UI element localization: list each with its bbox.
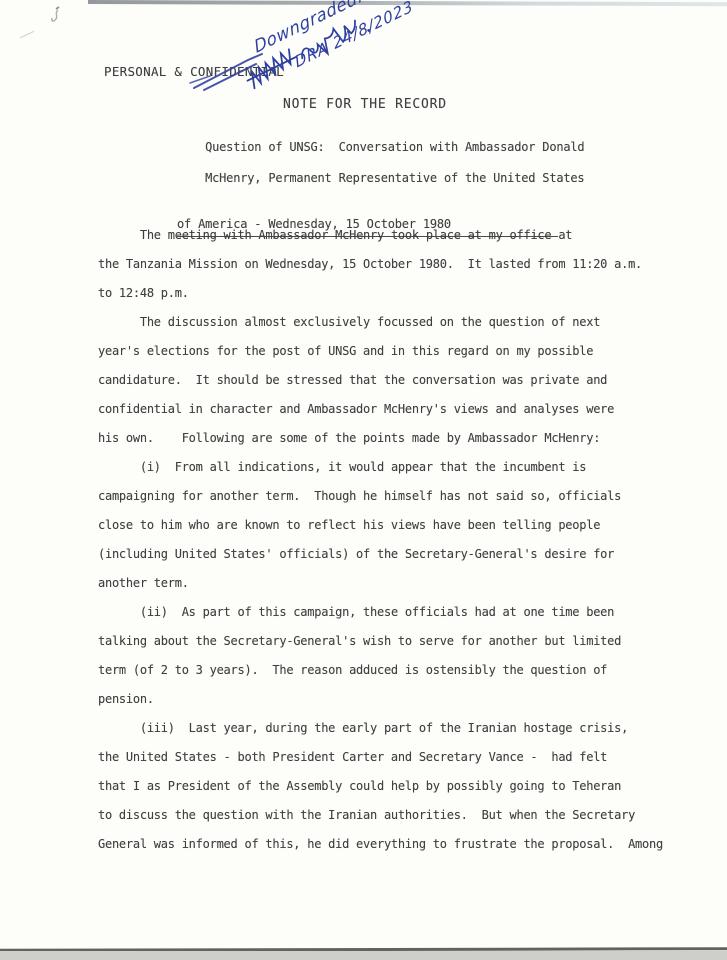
paragraph-point-iii: (iii) Last year, during the early part o… — [98, 714, 713, 859]
document-title: NOTE FOR THE RECORD — [283, 97, 447, 112]
paragraph-point-i: (i) From all indications, it would appea… — [98, 453, 713, 598]
scan-edge-bottom-fill — [0, 951, 727, 960]
pencil-mark — [12, 2, 82, 52]
document-body: The meeting with Ambassador McHenry took… — [98, 221, 713, 859]
subject-line-1: Question of UNSG: Conversation with Amba… — [205, 140, 584, 154]
scanned-document-page: PERSONAL & CONFIDENTIAL Downgraded. DRA … — [0, 0, 727, 960]
subject-line-2: McHenry, Permanent Representative of the… — [205, 171, 584, 185]
paragraph-discussion: The discussion almost exclusively focuss… — [98, 308, 713, 453]
paragraph-meeting: The meeting with Ambassador McHenry took… — [98, 221, 713, 308]
paragraph-point-ii: (ii) As part of this campaign, these off… — [98, 598, 713, 714]
